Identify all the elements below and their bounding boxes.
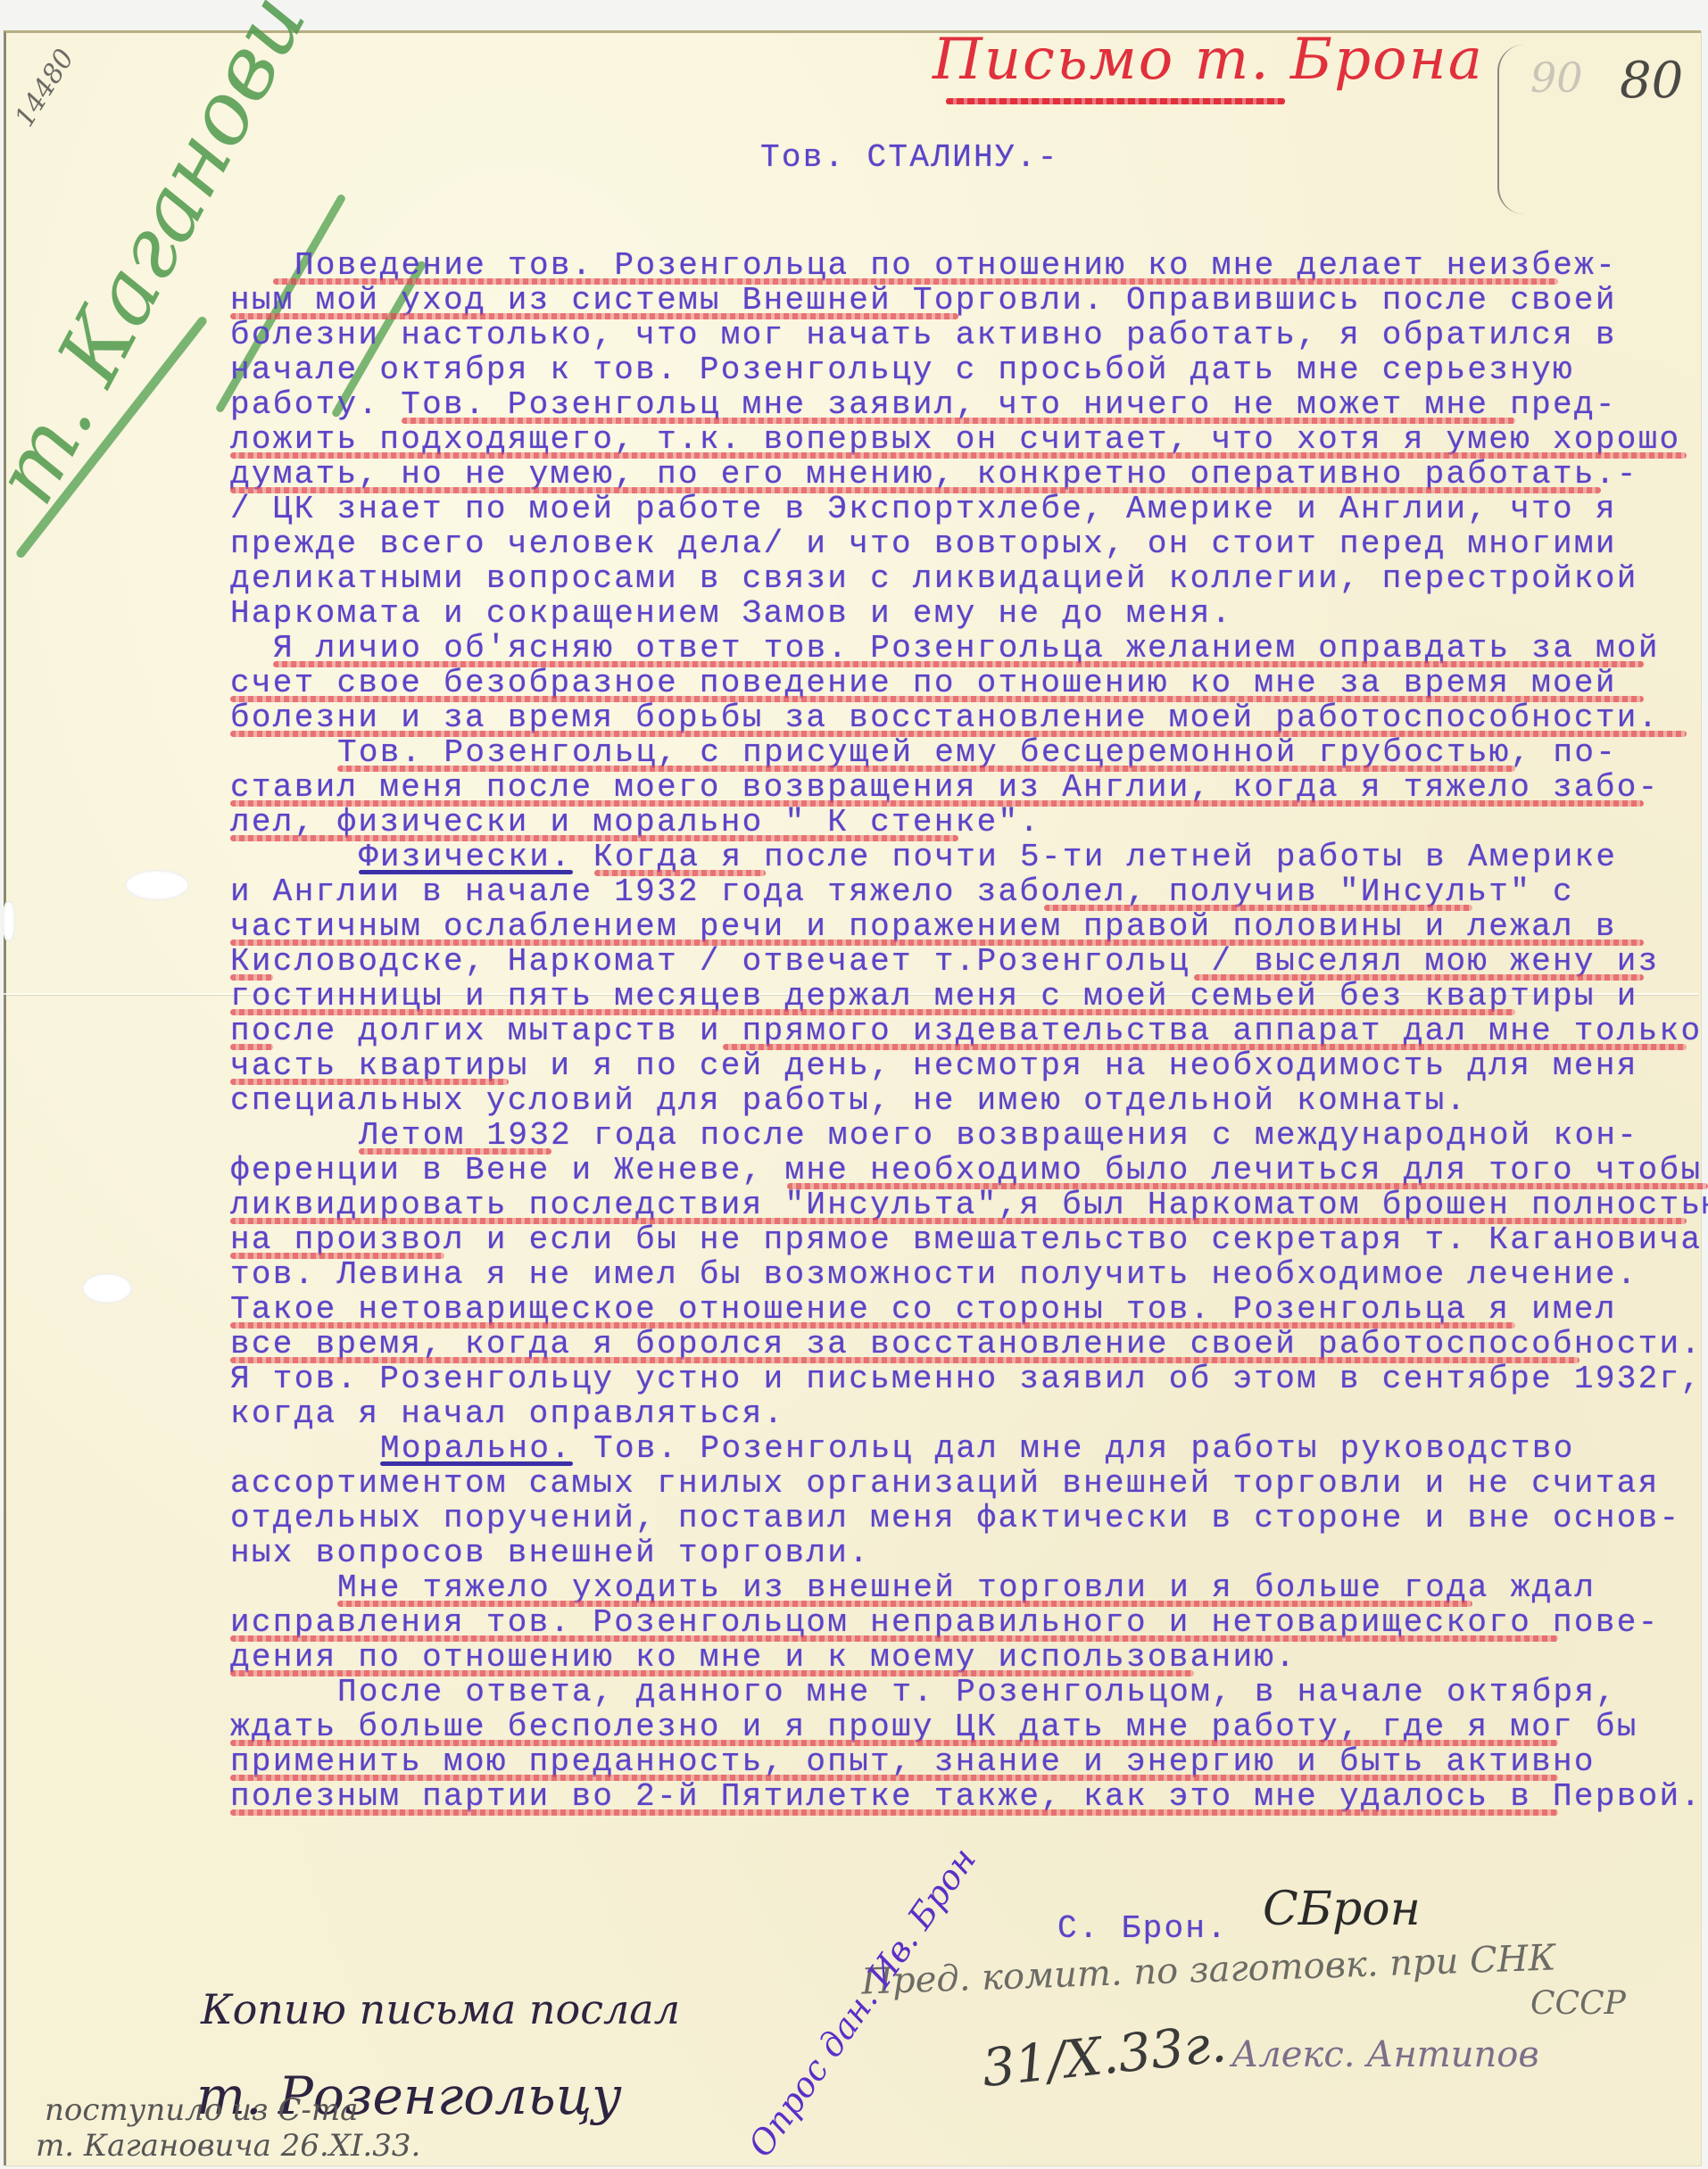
- faint-number: 90: [1530, 54, 1583, 102]
- red-underline: [273, 661, 1644, 667]
- red-underline: [594, 870, 766, 876]
- copy-sent-note-line-1: Копию письма послал: [201, 1985, 680, 2033]
- red-underline: [402, 418, 1515, 424]
- red-underline: [787, 1183, 1708, 1189]
- body-line: Наркомата и сокращением Замов и ему не д…: [230, 596, 1232, 631]
- red-underline: [230, 1253, 444, 1259]
- body-line: когда я начал оправляться.: [230, 1396, 785, 1431]
- body-line: специальных условий для работы, не имею …: [230, 1083, 1467, 1118]
- title-underline: [946, 98, 1285, 104]
- punch-hole: [82, 1273, 132, 1304]
- red-underline: [230, 1009, 1515, 1015]
- red-underline: [230, 1635, 1558, 1642]
- red-underline: [230, 1079, 509, 1085]
- body-line: Я тов. Розенгольцу устно и письменно зая…: [230, 1362, 1702, 1396]
- body-line: После ответа, данного мне т. Розенгольцо…: [337, 1675, 1617, 1710]
- red-underline: [230, 974, 273, 981]
- body-line: начале октября к тов. Розенгольцу с прос…: [230, 352, 1574, 387]
- red-underline: [230, 1670, 1194, 1676]
- body-line: болезни настолько, что мог начать активн…: [230, 318, 1617, 352]
- red-underline: [230, 1044, 273, 1050]
- body-line: отдельных поручений, поставил меня факти…: [230, 1501, 1680, 1536]
- red-underline: [230, 940, 1644, 946]
- red-underline: [230, 1740, 1558, 1746]
- red-underline: [230, 487, 1601, 493]
- body-line: на произвол и если бы не прямое вмешател…: [230, 1222, 1702, 1257]
- letter-title-annotation: Письмо т. Брона: [933, 27, 1484, 93]
- red-underline: [230, 800, 1644, 807]
- red-underline: [273, 278, 1558, 285]
- received-note-line-2: т. Кагановича 26.XI.33.: [36, 2128, 420, 2164]
- red-underline: [723, 1044, 1687, 1050]
- received-note-line-1: поступило из С-та: [45, 2092, 358, 2128]
- red-underline: [230, 696, 1644, 702]
- typed-signature: С. Брон.: [1057, 1911, 1228, 1946]
- red-underline: [230, 835, 958, 841]
- red-underline: [1194, 974, 1644, 981]
- punch-hole: [125, 870, 189, 900]
- handwritten-signature: СБрон: [1263, 1883, 1421, 1936]
- blue-underline: [359, 870, 573, 874]
- red-underline: [337, 766, 1515, 772]
- red-underline: [230, 1775, 1558, 1781]
- grey-bracket: [1497, 45, 1535, 214]
- red-underline: [230, 1809, 1558, 1816]
- body-line: ассортиментом самых гнилых организаций в…: [230, 1466, 1660, 1501]
- body-line: ных вопросов внешней торговли.: [230, 1536, 870, 1570]
- red-underline: [230, 1322, 1515, 1329]
- body-line: прежде всего человек дела/ и что вовторы…: [230, 526, 1617, 561]
- red-underline: [230, 1357, 1579, 1363]
- addressee: Тов. СТАЛИНУ.-: [760, 140, 1059, 175]
- body-line: тов. Левина я не имел бы возможности пол…: [230, 1257, 1638, 1292]
- red-underline: [1044, 905, 1472, 911]
- red-underline: [230, 731, 1687, 737]
- red-underline: [230, 1218, 1687, 1224]
- body-line: / ЦК знает по моей работе в Экспортхлебе…: [230, 492, 1617, 526]
- red-underline: [337, 1601, 1472, 1607]
- red-underline: [230, 313, 958, 319]
- letter-body: Поведение тов. Розенгольца по отношению …: [230, 248, 1703, 1818]
- red-underline: [230, 452, 1687, 459]
- grey-name-note: Алекс. Антипов: [1231, 2034, 1539, 2075]
- page-number: 80: [1620, 52, 1683, 110]
- body-line: Летом 1932 года после моего возвращения …: [359, 1118, 1638, 1153]
- blue-underline: [380, 1461, 573, 1466]
- red-underline: [359, 1148, 551, 1155]
- grey-position-note-2: СССР: [1530, 1985, 1626, 2022]
- punch-hole-edge: [3, 901, 15, 941]
- body-line: деликатными вопросами в связи с ликвидац…: [230, 561, 1638, 596]
